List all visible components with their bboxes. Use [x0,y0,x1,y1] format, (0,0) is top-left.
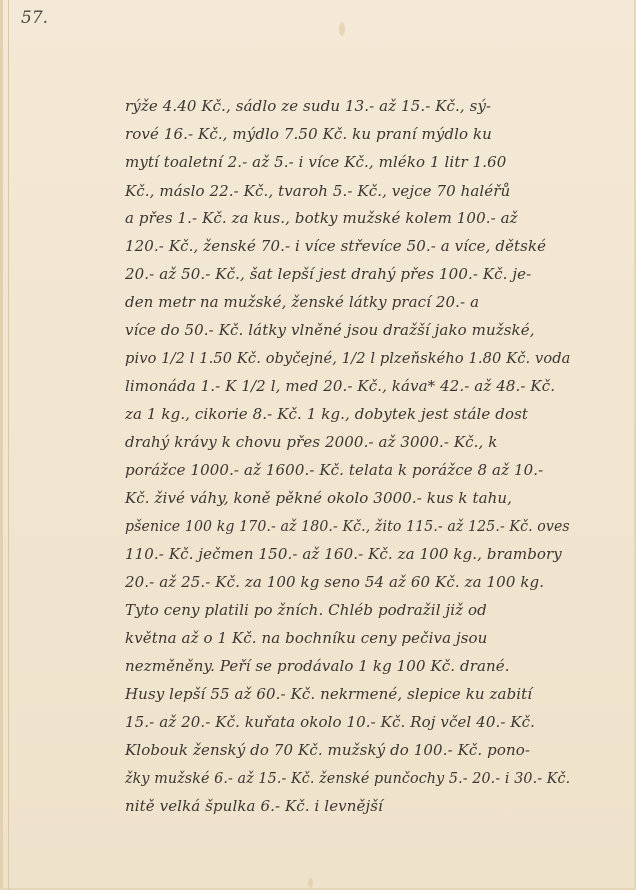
text-line: limonáda 1.- K 1/2 l, med 20.- Kč., káva… [125,377,555,395]
paper-stain [339,22,345,36]
text-line: mytí toaletní 2.- až 5.- i více Kč., mlé… [125,153,506,171]
text-line: rýže 4.40 Kč., sádlo ze sudu 13.- až 15.… [125,97,491,115]
text-line: Husy lepší 55 až 60.- Kč. nekrmené, slep… [125,685,532,703]
text-line: nitě velká špulka 6.- Kč. i levnější [125,797,383,815]
text-line: Kč., máslo 22.- Kč., tvaroh 5.- Kč., vej… [125,182,510,200]
text-line: více do 50.- Kč. látky vlněné jsou dražš… [125,321,535,339]
text-line: den metr na mužské, ženské látky prací 2… [125,293,479,311]
text-line: Kč. živé váhy, koně pěkné okolo 3000.- k… [125,489,512,507]
text-line: žky mužské 6.- až 15.- Kč. ženské punčoc… [125,769,570,787]
text-line: pšenice 100 kg 170.- až 180.- Kč., žito … [125,517,570,535]
manuscript-page: 57. rýže 4.40 Kč., sádlo ze sudu 13.- až… [0,0,636,890]
text-line: 20.- až 50.- Kč., šat lepší jest drahý p… [125,265,531,283]
text-line: a přes 1.- Kč. za kus., botky mužské kol… [125,209,518,227]
paper-stain [308,878,313,888]
page-number: 57. [21,8,48,28]
text-line: května až o 1 Kč. na bochníku ceny pečiv… [125,629,487,647]
text-line: za 1 kg., cikorie 8.- Kč. 1 kg., dobytek… [125,405,528,423]
text-line: 120.- Kč., ženské 70.- i více střevíce 5… [125,237,546,255]
text-line: nezměněny. Peří se prodávalo 1 kg 100 Kč… [125,657,510,675]
text-line: Tyto ceny platili po žních. Chléb podraž… [125,601,487,619]
text-line: drahý krávy k chovu přes 2000.- až 3000.… [125,433,497,451]
text-line: rové 16.- Kč., mýdlo 7.50 Kč. ku praní m… [125,125,492,143]
text-line: 15.- až 20.- Kč. kuřata okolo 10.- Kč. R… [125,713,535,731]
text-line: 110.- Kč. ječmen 150.- až 160.- Kč. za 1… [125,545,562,563]
text-line: pivo 1/2 l 1.50 Kč. obyčejné, 1/2 l plze… [125,349,570,367]
text-line: porážce 1000.- až 1600.- Kč. telata k po… [125,461,543,479]
text-line: 20.- až 25.- Kč. za 100 kg seno 54 až 60… [125,573,544,591]
binding-edge [8,0,9,890]
text-line: Klobouk ženský do 70 Kč. mužský do 100.-… [125,741,530,759]
